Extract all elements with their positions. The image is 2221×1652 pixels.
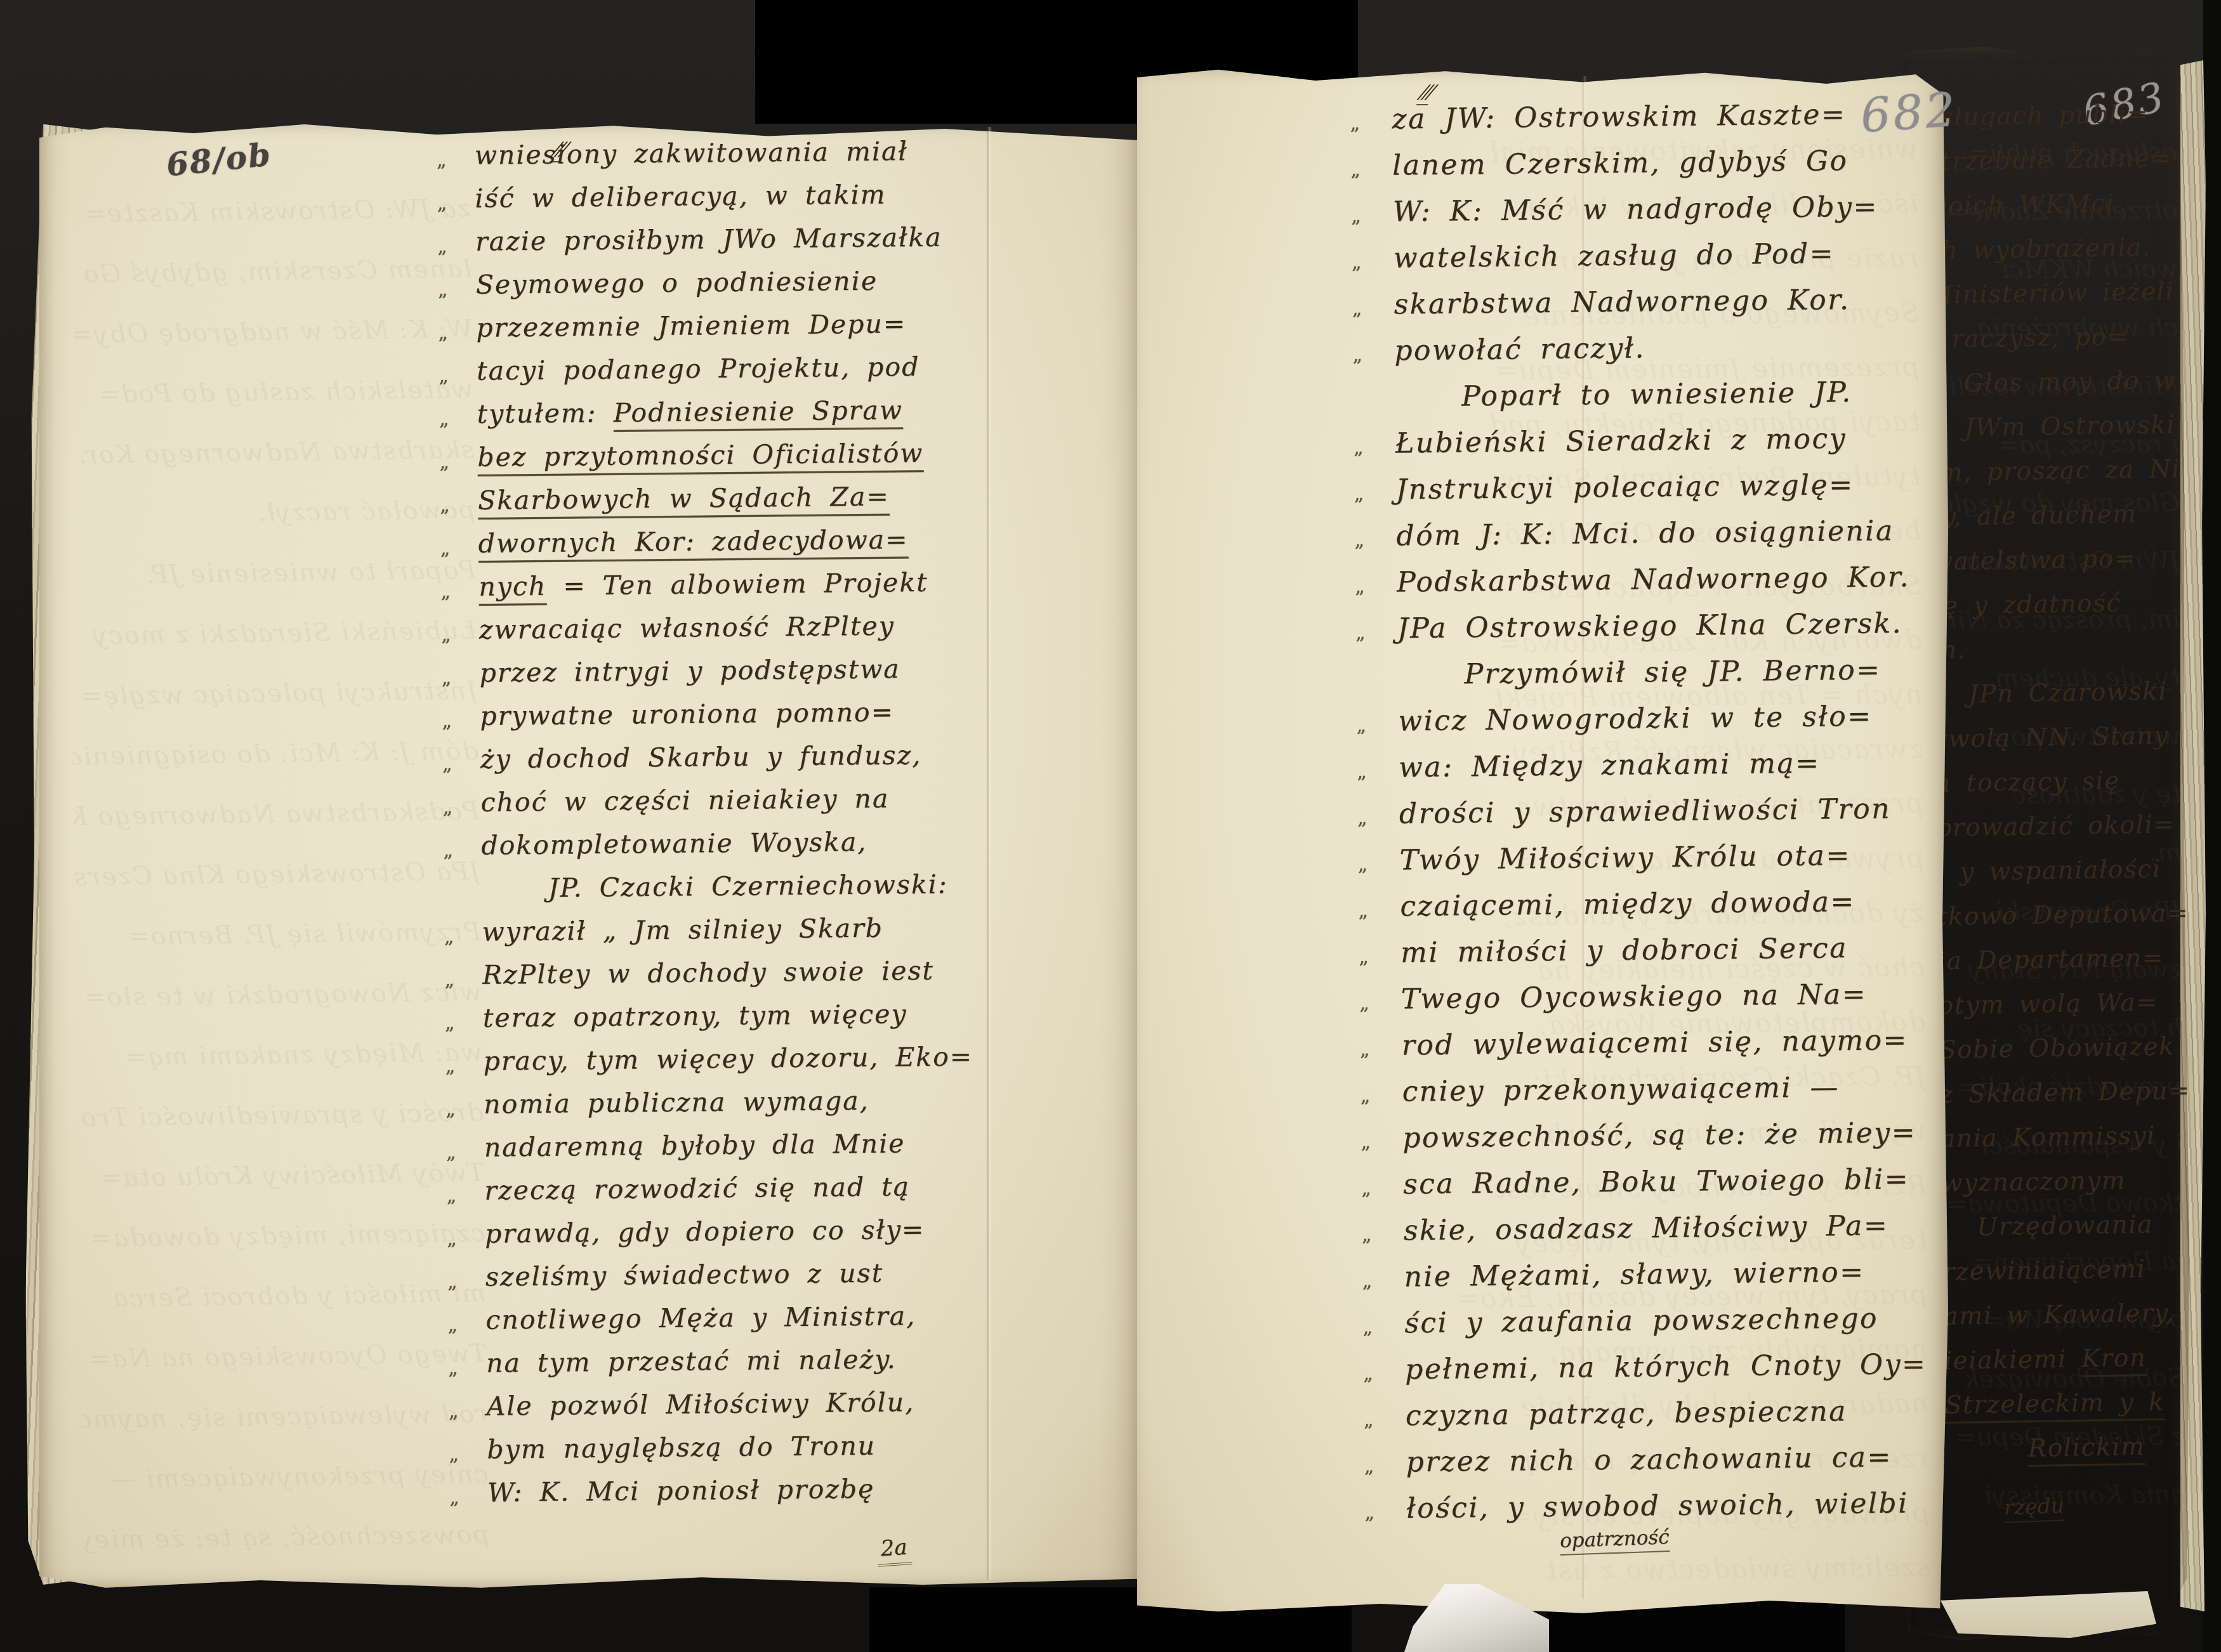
manuscript-line: osługach publi= bbox=[1925, 100, 2174, 148]
margin-quote-mark: „ bbox=[1357, 761, 1368, 783]
margin-quote-mark: „ bbox=[1351, 205, 1362, 227]
manuscript-line: „iść w deliberacyą, w takim bbox=[475, 177, 1097, 226]
margin-quote-mark: „ bbox=[443, 839, 454, 862]
manuscript-line: Ministeriów ieżeli bbox=[1927, 277, 2177, 325]
margin-quote-mark: „ bbox=[1361, 1131, 1372, 1153]
manuscript-line: „pracy, tym więcey dozoru, Eko= bbox=[483, 1040, 1105, 1089]
manuscript-line: „W: K: Mść w nadgrodę Oby= bbox=[1393, 190, 1933, 242]
manuscript-line: „drości y sprawiedliwości Tron bbox=[1399, 792, 1939, 844]
margin-quote-mark: „ bbox=[437, 235, 449, 258]
margin-quote-mark: „ bbox=[1358, 900, 1369, 922]
manuscript-line: „prawdą, gdy dopiero co sły= bbox=[485, 1212, 1107, 1261]
margin-quote-mark: „ bbox=[446, 1184, 458, 1207]
manuscript-line: tę y zdatność bbox=[1932, 588, 2182, 636]
margin-quote-mark: „ bbox=[1355, 575, 1366, 598]
manuscript-line: „bez przytomności Oficialistów bbox=[477, 436, 1100, 485]
manuscript-line: „Skarbowych w Sądach Za= bbox=[478, 479, 1100, 528]
margin-quote-mark: „ bbox=[1354, 483, 1365, 505]
manuscript-line: „cniey przekonywaiącemi — bbox=[1402, 1070, 1942, 1122]
catchword-right: rzędu bbox=[2003, 1493, 2065, 1523]
margin-quote-mark: „ bbox=[438, 279, 449, 301]
manuscript-line: „Twego Oycowskiego na Na= bbox=[1401, 978, 1941, 1030]
margin-quote-mark: „ bbox=[1354, 529, 1366, 551]
manuscript-line: im, prosząc za Nim bbox=[1930, 455, 2179, 503]
manuscript-line: wyznaczonym bbox=[1941, 1165, 2191, 1214]
margin-quote-mark: „ bbox=[1364, 1502, 1376, 1524]
manuscript-line: „Podskarbstwa Nadwornego Kor. bbox=[1397, 561, 1937, 613]
manuscript-line: tkowo Deputowa= bbox=[1937, 899, 2186, 947]
margin-quote-mark: „ bbox=[437, 192, 448, 214]
manuscript-line: „szeliśmy świadectwo z ust bbox=[485, 1255, 1108, 1304]
margin-quote-mark: „ bbox=[446, 1141, 458, 1164]
manuscript-line: „ści y zaufania powszechnego bbox=[1404, 1302, 1944, 1354]
manuscript-line: ieiakiemi Kron bbox=[1944, 1343, 2193, 1391]
manuscript-line: „czyzna patrząc, bespieczna bbox=[1406, 1394, 1946, 1446]
margin-quote-mark: „ bbox=[442, 753, 454, 775]
manuscript-line: z Składem Depu= bbox=[1940, 1077, 2189, 1125]
manuscript-line: otrzebuie Żadne= bbox=[1925, 144, 2175, 192]
manuscript-line: „zwracaiąc własność RzPltey bbox=[479, 608, 1102, 657]
manuscript-line: ch wyobrażenia. bbox=[1927, 233, 2176, 281]
manuscript-line: „rod wylewaiącemi się, naymo= bbox=[1401, 1024, 1941, 1076]
manuscript-line: ia Departamen= bbox=[1937, 943, 2187, 992]
manuscript-line: Sobie Obowiązek bbox=[1939, 1032, 2189, 1080]
manuscript-line: „W: K. Mci poniosł prozbę bbox=[487, 1471, 1110, 1520]
margin-quote-mark: „ bbox=[1352, 344, 1364, 366]
margin-quote-mark: „ bbox=[449, 1400, 460, 1422]
manuscript-line: „Ale pozwól Miłościwy Królu, bbox=[487, 1385, 1109, 1434]
manuscript-line: „dokompletowanie Woyska, bbox=[481, 824, 1104, 873]
manuscript-line: ami w Kawalery, bbox=[1943, 1299, 2192, 1347]
margin-quote-mark: „ bbox=[449, 1486, 461, 1509]
margin-quote-mark: „ bbox=[1362, 1224, 1373, 1246]
manuscript-line: „skie, osadzasz Miłościwy Pa= bbox=[1404, 1209, 1944, 1261]
margin-quote-mark: „ bbox=[1362, 1270, 1373, 1292]
manuscript-line: i raczysz, po= bbox=[1928, 322, 2177, 370]
margin-quote-mark: „ bbox=[442, 667, 453, 689]
margin-quote-mark: „ bbox=[440, 537, 452, 560]
manuscript-line: „nomia publiczna wymaga, bbox=[484, 1083, 1106, 1132]
margin-quote-mark: „ bbox=[1359, 946, 1370, 968]
margin-quote-mark: „ bbox=[440, 580, 452, 603]
manuscript-line: „bym nayglębszą do Tronu bbox=[487, 1428, 1109, 1477]
manuscript-line: „wicz Nowogrodzki w te sło= bbox=[1398, 700, 1938, 752]
manuscript-line: Urzędowania bbox=[1942, 1210, 2191, 1258]
margin-quote-mark: „ bbox=[1357, 807, 1369, 829]
manuscript-line: „ży dochod Skarbu y fundusz, bbox=[480, 738, 1103, 787]
manuscript-line: „Seymowego o podniesienie bbox=[476, 263, 1098, 312]
manuscript-line: „dóm J: K: Mci. do osiągnienia bbox=[1396, 515, 1936, 567]
manuscript-line: „watelskich zasług do Pod= bbox=[1393, 237, 1933, 289]
margin-quote-mark: „ bbox=[1363, 1363, 1374, 1385]
margin-quote-mark: „ bbox=[444, 969, 456, 991]
manuscript-line: ania Kommissyi bbox=[1941, 1121, 2190, 1169]
manuscript-line: „przezemnie Jmieniem Depu= bbox=[476, 306, 1098, 355]
manuscript-line: „RzPltey w dochody swoie iest bbox=[482, 954, 1105, 1002]
margin-quote-mark: „ bbox=[1352, 251, 1363, 273]
manuscript-line: „Twóy Miłościwy Królu ota= bbox=[1399, 839, 1939, 891]
right-page-text: osługach publi=otrzebuie Żadne=woich WKM… bbox=[1925, 100, 2196, 1518]
margin-quote-mark: „ bbox=[1359, 992, 1371, 1014]
manuscript-line: i y wspaniałości bbox=[1936, 855, 2185, 903]
margin-quote-mark: „ bbox=[1360, 1085, 1371, 1107]
manuscript-line: woich WKMci bbox=[1926, 188, 2175, 237]
manuscript-line: „skarbstwa Nadwornego Kor. bbox=[1394, 283, 1934, 335]
margin-quote-mark: „ bbox=[448, 1357, 459, 1379]
manuscript-line: Głos moy do wzglę= bbox=[1928, 366, 2178, 414]
manuscript-line: otym wolą Wa= bbox=[1939, 988, 2188, 1036]
margin-quote-mark: „ bbox=[1358, 853, 1369, 875]
backdrop-right-edge bbox=[2203, 0, 2221, 1652]
manuscript-line: rzewiniaiącemi bbox=[1942, 1254, 2192, 1302]
manuscript-line: „pełnemi, na których Cnoty Oy= bbox=[1405, 1348, 1945, 1400]
manuscript-line: ty, ale duchem bbox=[1930, 499, 2180, 547]
manuscript-line: „Jnstrukcyi polecaiąc wzglę= bbox=[1395, 468, 1935, 520]
margin-quote-mark: „ bbox=[447, 1314, 459, 1336]
margin-quote-mark: „ bbox=[441, 624, 452, 646]
manuscript-line: „wniesiony zakwitowania miał bbox=[475, 134, 1097, 183]
manuscript-line: „łości, y swobod swoich, wielbi bbox=[1406, 1486, 1946, 1538]
manuscript-line: zwolą NN. Stany bbox=[1934, 721, 2184, 770]
margin-quote-mark: „ bbox=[1352, 298, 1363, 320]
manuscript-line: „za JW: Ostrowskim Kaszte= bbox=[1392, 98, 1932, 150]
manuscript-line: „nych = Ten albowiem Projekt bbox=[478, 565, 1101, 614]
manuscript-line: „na tym przestać mi należy. bbox=[486, 1342, 1109, 1391]
margin-quote-mark: „ bbox=[1355, 622, 1367, 644]
margin-quote-mark: „ bbox=[438, 365, 450, 387]
manuscript-line: „nadaremną byłoby dla Mnie bbox=[484, 1126, 1107, 1175]
manuscript-line: „razie prosiłbym JWo Marszałka bbox=[475, 220, 1098, 269]
manuscript-line: „choć w części nieiakiey na bbox=[480, 781, 1103, 830]
manuscript-line: „wyraził „ Jm silniey Skarb bbox=[482, 910, 1104, 959]
manuscript-line: „czaiącemi, między dowoda= bbox=[1400, 885, 1940, 937]
catchword-left: 2a bbox=[876, 1534, 912, 1567]
manuscript-line: JWm Ostrowskim bbox=[1929, 410, 2178, 459]
margin-quote-mark: „ bbox=[1364, 1455, 1375, 1478]
manuscript-line: Poparł to wniesienie JP. bbox=[1395, 376, 1935, 428]
catchword-middle: opatrzność bbox=[1559, 1526, 1670, 1552]
manuscript-line: Przymówił się JP. Berno= bbox=[1397, 653, 1937, 705]
manuscript-line: „przez nich o zachowaniu ca= bbox=[1406, 1440, 1946, 1492]
left-page-text: „wniesiony zakwitowania miał„iść w delib… bbox=[475, 134, 1110, 1520]
manuscript-line: „nie Mężami, sławy, wierno= bbox=[1404, 1255, 1944, 1308]
margin-quote-mark: „ bbox=[1364, 1409, 1375, 1431]
bleed-through-ghost-text: za JW: Ostrowskim Kaszte=lanem Czerskim,… bbox=[65, 194, 490, 1586]
manuscript-line: „Łubieński Sieradzki z mocy bbox=[1395, 422, 1935, 474]
manuscript-line: „tytułem: Podniesienie Spraw bbox=[477, 393, 1099, 442]
manuscript-line: JP. Czacki Czerniechowski: bbox=[482, 867, 1104, 916]
manuscript-line: „przez intrygi y podstępstwa bbox=[479, 652, 1102, 700]
manuscript-line: „tacyi podanego Projektu, pod bbox=[477, 350, 1099, 398]
manuscript-line: „powszechność, są te: że miey= bbox=[1402, 1117, 1942, 1169]
margin-quote-mark: „ bbox=[1350, 112, 1361, 134]
manuscript-line: „dwornych Kor: zadecydowa= bbox=[478, 522, 1100, 571]
middle-page-text: „za JW: Ostrowskim Kaszte=„lanem Czerski… bbox=[1392, 98, 1946, 1539]
manuscript-line: „lanem Czerskim, gdybyś Go bbox=[1392, 144, 1932, 196]
margin-quote-mark: „ bbox=[1350, 159, 1362, 181]
catchword-middle-label: opatrzność bbox=[1559, 1526, 1670, 1556]
manuscript-line: „mi miłości y dobroci Serca bbox=[1400, 931, 1941, 983]
margin-quote-mark: „ bbox=[447, 1228, 458, 1250]
margin-quote-mark: „ bbox=[439, 451, 451, 473]
margin-quote-mark: „ bbox=[1361, 1177, 1373, 1200]
margin-quote-mark: „ bbox=[1360, 1039, 1371, 1061]
margin-quote-mark: „ bbox=[445, 1055, 456, 1077]
manuscript-line: „wa: Między znakami mą= bbox=[1399, 746, 1939, 798]
margin-quote-mark: „ bbox=[1354, 436, 1365, 459]
margin-quote-mark: „ bbox=[437, 149, 448, 171]
manuscript-line: m. bbox=[1933, 633, 2182, 681]
margin-quote-mark: „ bbox=[438, 322, 449, 344]
margin-quote-mark: „ bbox=[1356, 714, 1368, 737]
margin-quote-mark: „ bbox=[445, 1012, 456, 1034]
manuscript-line: „cnotliwego Męża y Ministra, bbox=[485, 1299, 1108, 1347]
margin-quote-mark: „ bbox=[444, 926, 455, 948]
manuscript-line: „teraz opatrzony, tym więcey bbox=[483, 997, 1105, 1046]
manuscript-line: JPn Czarowski bbox=[1934, 677, 2183, 725]
margin-quote-mark: „ bbox=[447, 1271, 459, 1293]
margin-quote-mark: „ bbox=[1362, 1316, 1374, 1339]
manuscript-line: prowadzić okoli= bbox=[1935, 810, 2185, 858]
margin-quote-mark: „ bbox=[443, 796, 454, 818]
manuscript-line: watelstwa po= bbox=[1932, 544, 2181, 592]
margin-quote-mark: „ bbox=[442, 710, 453, 732]
manuscript-line: „rzeczą rozwodzić się nad tą bbox=[484, 1169, 1107, 1218]
manuscript-line: „sca Radne, Boku Twoiego bli= bbox=[1403, 1163, 1943, 1215]
manuscript-line: „JPa Ostrowskiego Klna Czersk. bbox=[1397, 607, 1937, 659]
manuscript-line: „prywatne uroniona pomno= bbox=[480, 695, 1102, 744]
margin-quote-mark: „ bbox=[449, 1443, 460, 1465]
margin-quote-mark: „ bbox=[439, 408, 451, 430]
manuscript-line: Rolickim bbox=[1945, 1432, 2194, 1480]
manuscript-line: h toczący się bbox=[1935, 766, 2184, 814]
margin-quote-mark: „ bbox=[440, 494, 451, 516]
manuscript-line: „powołać raczył. bbox=[1394, 329, 1934, 381]
manuscript-line: Strzeleckim y k bbox=[1944, 1387, 2194, 1436]
margin-quote-mark: „ bbox=[445, 1098, 457, 1120]
